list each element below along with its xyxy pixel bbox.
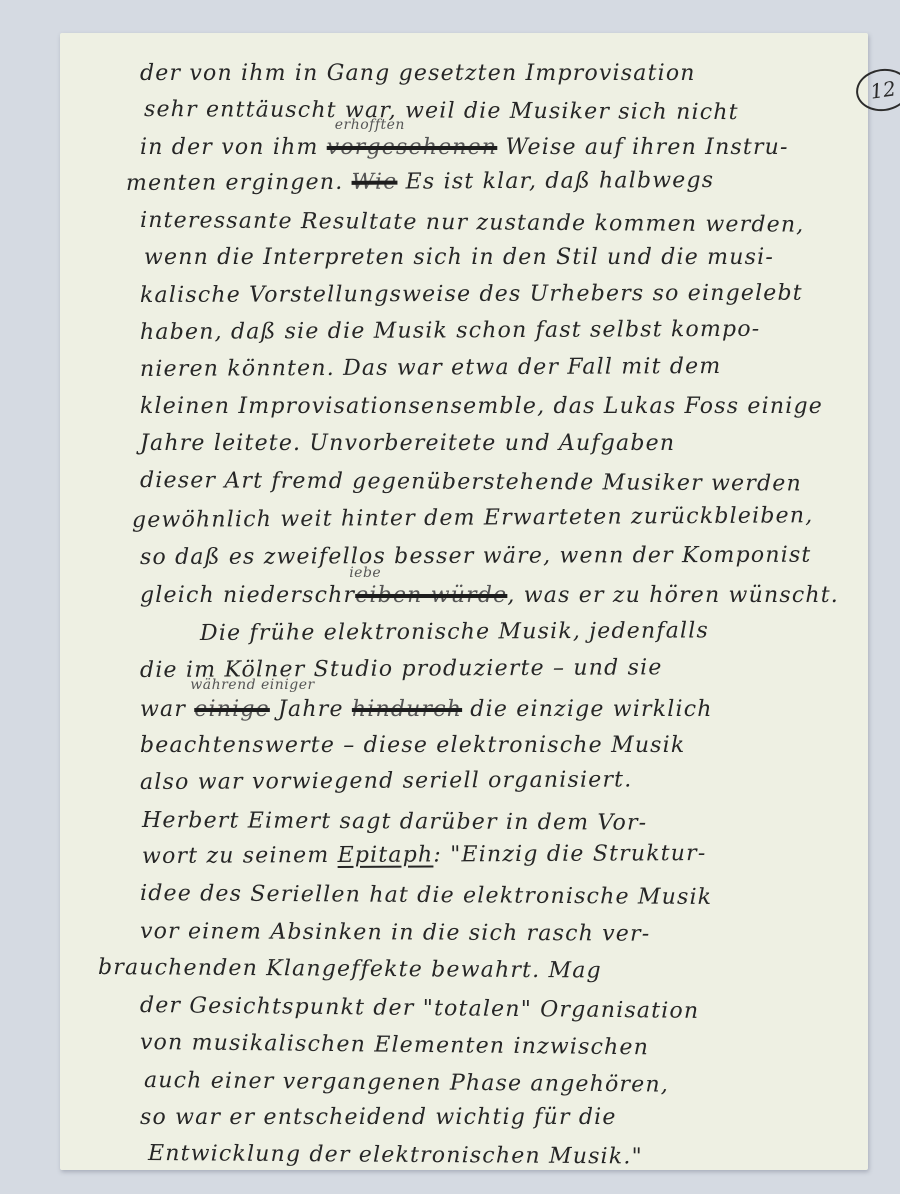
struck-word: eiben würde: [355, 583, 507, 608]
text-line-25: brauchenden Klangeffekte bewahrt. Mag: [98, 955, 602, 984]
text-line-4: menten ergingen. Wie Es ist klar, daß ha…: [126, 168, 714, 196]
text-line-23: idee des Seriellen hat die elektronische…: [140, 881, 712, 910]
struck-word-2: hindurch: [352, 697, 462, 722]
line-text-after: Es ist klar, daß halbwegs: [397, 168, 714, 195]
struck-word: vorgesehenen: [327, 135, 498, 160]
inserted-word: iebe: [349, 565, 381, 581]
insertion: eiben würdeiebe: [355, 583, 507, 608]
inserted-word: während einiger: [190, 677, 314, 693]
line-text-before: war: [140, 697, 194, 722]
line-text-middle: Jahre: [270, 697, 352, 722]
text-line-26: der Gesichtspunkt der "totalen" Organisa…: [140, 993, 700, 1024]
text-line-3: in der von ihm vorgesehenenerhofften Wei…: [140, 135, 789, 160]
line-text-before: gleich niederschr: [140, 583, 355, 608]
text-line-28: auch einer vergangenen Phase angehören,: [144, 1068, 669, 1098]
text-line-20: also war vorwiegend seriell organisiert.: [140, 767, 632, 795]
page-number: 12: [869, 76, 898, 103]
struck-word: Wie: [351, 170, 397, 195]
text-line-8: haben, daß sie die Musik schon fast selb…: [140, 317, 760, 345]
page-number-circle: 12: [853, 65, 900, 114]
insertion: vorgesehenenerhofften: [327, 135, 498, 160]
inserted-word: erhofften: [335, 117, 405, 133]
text-line-22: wort zu seinem Epitaph: "Einzig die Stru…: [142, 841, 707, 869]
line-text-after: Weise auf ihren Instru-: [497, 135, 788, 160]
text-line-30: Entwicklung der elektronischen Musik.": [148, 1141, 643, 1169]
text-line-15: gleich niederschreiben würdeiebe, was er…: [140, 583, 839, 608]
text-line-5: interessante Resultate nur zustande komm…: [140, 208, 805, 238]
text-line-12: dieser Art fremd gegenüberstehende Musik…: [140, 468, 802, 496]
line-text-before: wort zu seinem: [142, 843, 338, 869]
manuscript-page: 12 der von ihm in Gang gesetzten Improvi…: [60, 33, 868, 1170]
text-line-7: kalische Vorstellungsweise des Urhebers …: [140, 281, 803, 308]
text-line-14: so daß es zweifellos besser wäre, wenn d…: [140, 543, 812, 570]
text-line-9: nieren könnten. Das war etwa der Fall mi…: [140, 354, 722, 382]
line-text-after: : "Einzig die Struktur-: [433, 841, 706, 867]
text-line-2: sehr enttäuscht war, weil die Musiker si…: [144, 97, 739, 125]
text-line-1: der von ihm in Gang gesetzten Improvisat…: [140, 61, 696, 86]
text-line-24: vor einem Absinken in die sich rasch ver…: [140, 919, 651, 947]
line-text-after: , was er zu hören wünscht.: [507, 583, 839, 608]
text-line-16: Die frühe elektronische Musik, jedenfall…: [200, 618, 709, 646]
text-line-11: Jahre leitete. Unvorbereitete und Aufgab…: [140, 431, 675, 456]
line-text-after: die einzige wirklich: [462, 697, 713, 722]
text-line-29: so war er entscheidend wichtig für die: [140, 1105, 617, 1130]
line-text-before: menten ergingen.: [126, 170, 352, 196]
insertion: einigewährend einiger: [194, 697, 270, 722]
text-line-10: kleinen Improvisationsensemble, das Luka…: [140, 394, 823, 419]
underlined-title: Epitaph: [338, 842, 434, 868]
text-line-6: wenn die Interpreten sich in den Stil un…: [144, 245, 774, 270]
line-text-before: in der von ihm: [140, 135, 327, 160]
text-line-18: war einigewährend einiger Jahre hindurch…: [140, 697, 713, 722]
text-line-27: von musikalischen Elementen inzwischen: [140, 1030, 649, 1060]
text-line-19: beachtenswerte – diese elektronische Mus…: [140, 733, 685, 758]
text-line-13: gewöhnlich weit hinter dem Erwarteten zu…: [132, 503, 814, 533]
text-line-21: Herbert Eimert sagt darüber in dem Vor-: [142, 808, 647, 836]
struck-word: einige: [194, 697, 270, 722]
